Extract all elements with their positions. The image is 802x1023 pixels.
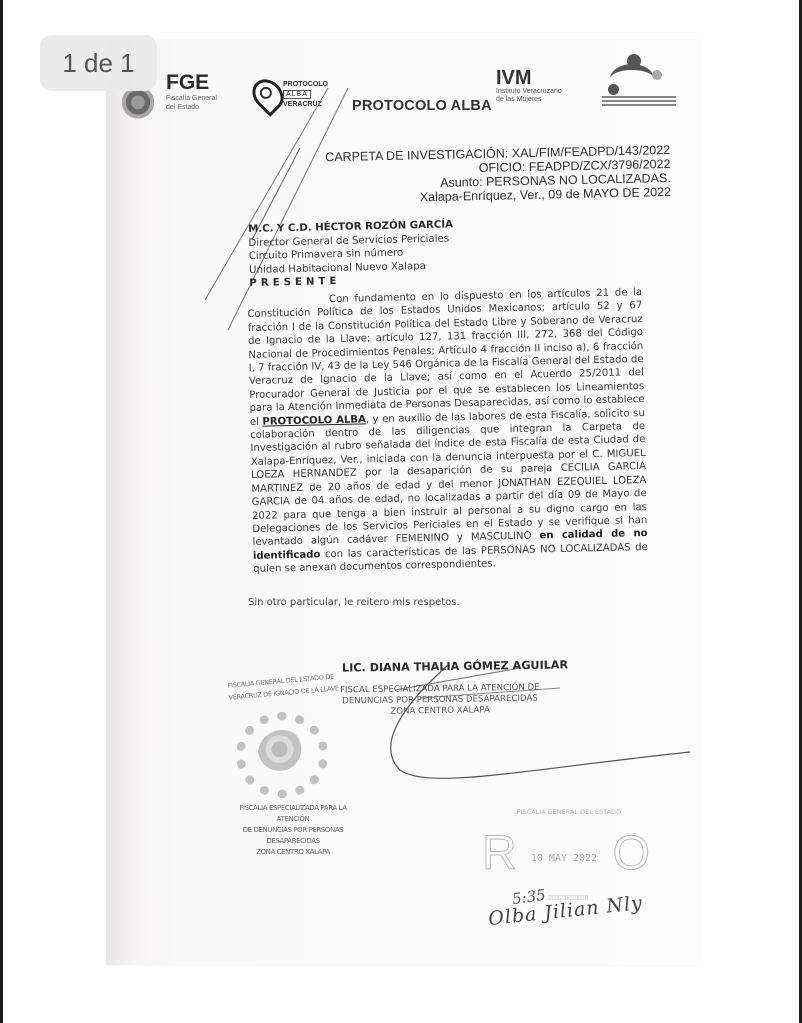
signer-title: FISCAL ESPECIALIZADA PARA LA ATENCIÓN DE… — [320, 682, 560, 718]
protocolo-alba-logo: PROTOCOLO ALBA VERACRUZ — [253, 70, 333, 126]
stamp-header: FISCALÍA GENERAL DEL ESTADO — [494, 808, 644, 816]
seal-caption-2: DE DENUNCIAS POR PERSONAS DESAPARECIDAS — [233, 825, 353, 847]
reference-block: CARPETA DE INVESTIGACIÓN: XAL/FIM/FEADPD… — [325, 143, 671, 206]
page-counter: 1 de 1 — [40, 35, 157, 91]
fge-title: FGE — [166, 72, 217, 94]
seal-caption-1: FISCALÍA ESPECIALIZADA PARA LA ATENCIÓN — [233, 803, 353, 825]
body-part-2: , y en auxilio de las labores de esta Fi… — [250, 408, 647, 549]
fge-logo: FGE Fiscalía General del Estado — [166, 72, 217, 112]
fge-subtitle-2: del Estado — [166, 103, 217, 112]
veracruz-crest-icon — [118, 88, 158, 120]
seal-caption: FISCALÍA ESPECIALIZADA PARA LA ATENCIÓN … — [233, 803, 353, 858]
ivm-subtitle-1: Instituto Veracruzano — [496, 88, 562, 96]
alba-logo-line3: VERACRUZ — [283, 100, 328, 110]
stamp-date: 10 MAY 2022 — [524, 853, 604, 864]
closing-line: Sin otro particular, le reitero mis resp… — [248, 597, 460, 608]
stamp-letter-right: O — [613, 830, 650, 878]
seal-caption-3: ZONA CENTRO XALAPA — [233, 847, 353, 858]
alba-logo-line1: PROTOCOLO — [283, 80, 328, 90]
viewer-frame-left — [0, 0, 3, 1023]
alba-logo-line2: ALBA — [283, 90, 311, 99]
protocolo-alba-heading: PROTOCOLO ALBA — [352, 98, 492, 114]
ivm-logo: IVM Instituto Veracruzano de las Mujeres — [496, 68, 562, 104]
protocolo-alba-reference: PROTOCOLO ALBA — [262, 414, 366, 427]
stamp-letter-left: R — [482, 830, 517, 878]
recipient-block: M.C. Y C.D. HÉCTOR ROZÓN GARCÍA Director… — [248, 218, 454, 290]
body-part-1: Con fundamento en lo dispuesto en los ar… — [247, 287, 644, 428]
letter-body: Con fundamento en lo dispuesto en los ar… — [247, 286, 648, 576]
ivm-title: IVM — [496, 68, 562, 88]
fge-subtitle-1: Fiscalía General — [166, 94, 217, 103]
ivm-subtitle-2: de las Mujeres — [496, 96, 562, 104]
fiscalia-desaparecidas-logo-icon — [596, 52, 678, 110]
official-seal-icon — [236, 712, 328, 798]
